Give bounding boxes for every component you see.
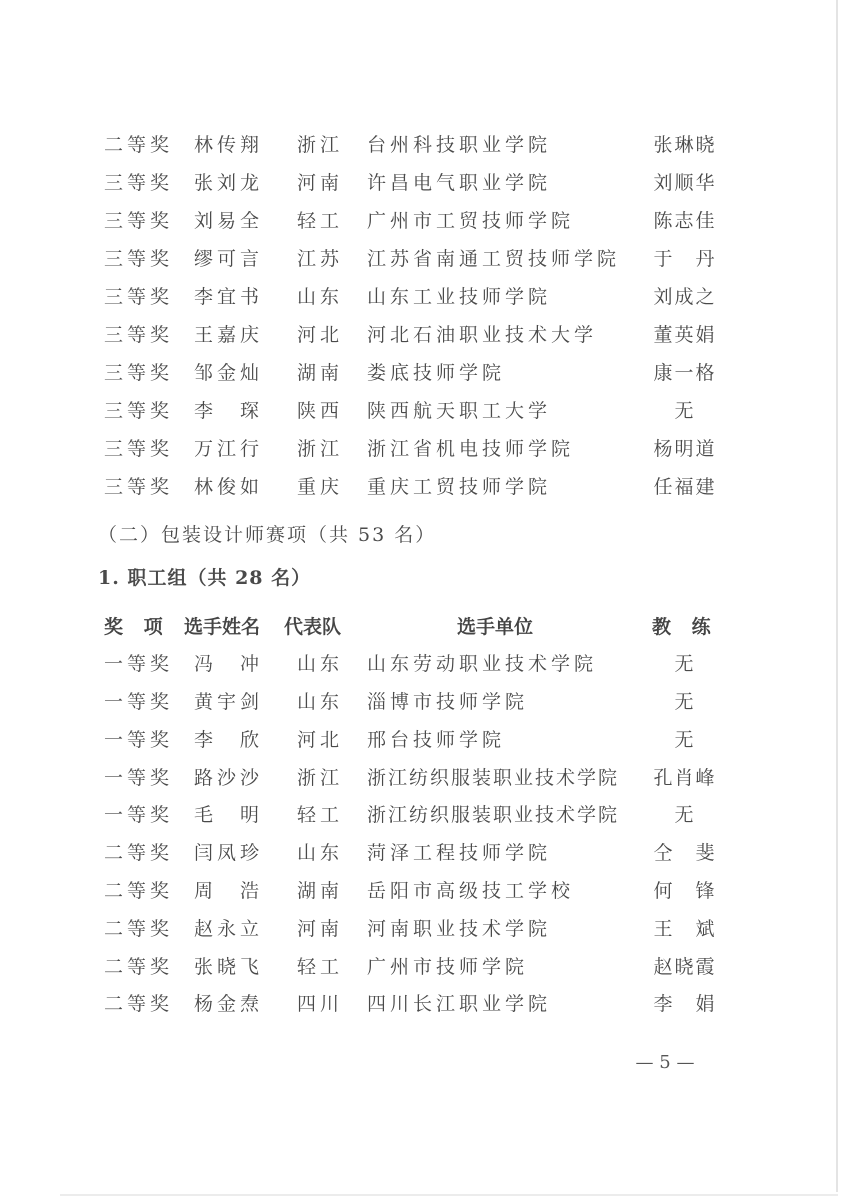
page-number: — 5 —: [620, 1048, 710, 1078]
coach-cell: 赵晓霞: [652, 952, 718, 982]
award-cell: 三等奖: [104, 282, 173, 312]
award-cell: 三等奖: [104, 472, 173, 502]
unit-cell: 广州市工贸技师学院: [367, 206, 574, 236]
team-cell: 四川: [297, 989, 343, 1019]
coach-cell: 李 娟: [652, 989, 718, 1019]
unit-cell: 广州市技师学院: [367, 952, 528, 982]
table-row: 三等奖 刘易全 轻工 广州市工贸技师学院 陈志佳: [0, 206, 848, 236]
unit-cell: 江苏省南通工贸技师学院: [367, 244, 620, 274]
coach-cell: 张琳晓: [652, 130, 718, 160]
award-cell: 一等奖: [104, 725, 173, 755]
name-cell: 赵永立: [194, 914, 264, 944]
coach-cell: 孔肖峰: [652, 763, 718, 793]
table-header-row: 奖 项 选手姓名 代表队 选手单位 教 练: [0, 612, 848, 642]
team-cell: 山东: [297, 838, 343, 868]
unit-cell: 娄底技师学院: [367, 358, 505, 388]
coach-cell: 无: [652, 649, 718, 679]
scan-page-edge-bottom: [60, 1194, 838, 1196]
coach-cell: 刘成之: [652, 282, 718, 312]
team-cell: 重庆: [297, 472, 343, 502]
table-row: 一等奖 李 欣 河北 邢台技师学院 无: [0, 725, 848, 755]
coach-cell: 王 斌: [652, 914, 718, 944]
name-cell: 林俊如: [194, 472, 264, 502]
name-cell: 毛 明: [194, 800, 264, 830]
table-row: 二等奖 张晓飞 轻工 广州市技师学院 赵晓霞: [0, 952, 848, 982]
award-cell: 三等奖: [104, 244, 173, 274]
coach-cell: 刘顺华: [652, 168, 718, 198]
table-row: 一等奖 黄宇剑 山东 淄博市技师学院 无: [0, 687, 848, 717]
coach-cell: 无: [652, 396, 718, 426]
team-cell: 河南: [297, 168, 343, 198]
name-cell: 李宜书: [194, 282, 264, 312]
section-title: （二）包装设计师赛项（共 53 名）: [98, 520, 436, 550]
name-cell: 冯 冲: [194, 649, 264, 679]
unit-cell: 浙江省机电技师学院: [367, 434, 574, 464]
team-cell: 轻工: [297, 800, 343, 830]
coach-cell: 杨明道: [652, 434, 718, 464]
team-cell: 河南: [297, 914, 343, 944]
award-cell: 二等奖: [104, 876, 173, 906]
team-cell: 陕西: [297, 396, 343, 426]
table-row: 三等奖 李宜书 山东 山东工业技师学院 刘成之: [0, 282, 848, 312]
table-row: 三等奖 李 琛 陕西 陕西航天职工大学 无: [0, 396, 848, 426]
team-cell: 河北: [297, 320, 343, 350]
name-cell: 闫凤珍: [194, 838, 264, 868]
unit-cell: 许昌电气职业学院: [367, 168, 551, 198]
name-cell: 李 琛: [194, 396, 264, 426]
name-cell: 万江行: [194, 434, 264, 464]
name-cell: 林传翔: [194, 130, 264, 160]
team-cell: 山东: [297, 649, 343, 679]
team-cell: 河北: [297, 725, 343, 755]
award-cell: 三等奖: [104, 206, 173, 236]
unit-cell: 重庆工贸技师学院: [367, 472, 551, 502]
team-cell: 山东: [297, 687, 343, 717]
team-cell: 浙江: [297, 434, 343, 464]
unit-cell: 陕西航天职工大学: [367, 396, 551, 426]
award-cell: 二等奖: [104, 989, 173, 1019]
table-row: 三等奖 邹金灿 湖南 娄底技师学院 康一格: [0, 358, 848, 388]
team-cell: 轻工: [297, 206, 343, 236]
table-row: 二等奖 杨金焘 四川 四川长江职业学院 李 娟: [0, 989, 848, 1019]
team-cell: 浙江: [297, 763, 343, 793]
unit-cell: 浙江纺织服装职业技术学院: [367, 763, 619, 793]
table-row: 一等奖 冯 冲 山东 山东劳动职业技术学院 无: [0, 649, 848, 679]
unit-cell: 四川长江职业学院: [367, 989, 551, 1019]
unit-cell: 邢台技师学院: [367, 725, 505, 755]
table-row: 三等奖 林俊如 重庆 重庆工贸技师学院 任福建: [0, 472, 848, 502]
unit-cell: 山东劳动职业技术学院: [367, 649, 597, 679]
coach-cell: 何 锋: [652, 876, 718, 906]
subsection-title: 1. 职工组（共 28 名）: [98, 563, 311, 593]
award-cell: 一等奖: [104, 687, 173, 717]
header-name: 选手姓名: [184, 612, 260, 642]
award-cell: 三等奖: [104, 358, 173, 388]
name-cell: 张刘龙: [194, 168, 264, 198]
unit-cell: 台州科技职业学院: [367, 130, 551, 160]
award-cell: 二等奖: [104, 952, 173, 982]
team-cell: 湖南: [297, 358, 343, 388]
unit-cell: 岳阳市高级技工学校: [367, 876, 574, 906]
name-cell: 黄宇剑: [194, 687, 264, 717]
header-award: 奖 项: [104, 612, 163, 642]
name-cell: 杨金焘: [194, 989, 264, 1019]
coach-cell: 无: [652, 800, 718, 830]
table-row: 二等奖 闫凤珍 山东 菏泽工程技师学院 仝 斐: [0, 838, 848, 868]
name-cell: 路沙沙: [194, 763, 264, 793]
table-row: 一等奖 路沙沙 浙江 浙江纺织服装职业技术学院 孔肖峰: [0, 763, 848, 793]
coach-cell: 董英娟: [652, 320, 718, 350]
header-coach: 教 练: [652, 612, 711, 642]
table-row: 二等奖 周 浩 湖南 岳阳市高级技工学校 何 锋: [0, 876, 848, 906]
award-cell: 一等奖: [104, 763, 173, 793]
award-cell: 一等奖: [104, 800, 173, 830]
coach-cell: 陈志佳: [652, 206, 718, 236]
coach-cell: 于 丹: [652, 244, 718, 274]
table-row: 三等奖 王嘉庆 河北 河北石油职业技术大学 董英娟: [0, 320, 848, 350]
name-cell: 邹金灿: [194, 358, 264, 388]
team-cell: 轻工: [297, 952, 343, 982]
team-cell: 浙江: [297, 130, 343, 160]
coach-cell: 康一格: [652, 358, 718, 388]
unit-cell: 菏泽工程技师学院: [367, 838, 551, 868]
award-cell: 三等奖: [104, 396, 173, 426]
coach-cell: 仝 斐: [652, 838, 718, 868]
table-row: 一等奖 毛 明 轻工 浙江纺织服装职业技术学院 无: [0, 800, 848, 830]
name-cell: 王嘉庆: [194, 320, 264, 350]
name-cell: 缪可言: [194, 244, 264, 274]
award-cell: 二等奖: [104, 838, 173, 868]
award-cell: 二等奖: [104, 914, 173, 944]
unit-cell: 河南职业技术学院: [367, 914, 551, 944]
unit-cell: 浙江纺织服装职业技术学院: [367, 800, 619, 830]
team-cell: 江苏: [297, 244, 343, 274]
team-cell: 湖南: [297, 876, 343, 906]
table-row: 三等奖 万江行 浙江 浙江省机电技师学院 杨明道: [0, 434, 848, 464]
name-cell: 刘易全: [194, 206, 264, 236]
table-row: 三等奖 张刘龙 河南 许昌电气职业学院 刘顺华: [0, 168, 848, 198]
header-unit: 选手单位: [457, 612, 533, 642]
unit-cell: 山东工业技师学院: [367, 282, 551, 312]
table-row: 三等奖 缪可言 江苏 江苏省南通工贸技师学院 于 丹: [0, 244, 848, 274]
name-cell: 李 欣: [194, 725, 264, 755]
award-cell: 二等奖: [104, 130, 173, 160]
name-cell: 张晓飞: [194, 952, 264, 982]
award-cell: 三等奖: [104, 168, 173, 198]
name-cell: 周 浩: [194, 876, 264, 906]
team-cell: 山东: [297, 282, 343, 312]
coach-cell: 无: [652, 687, 718, 717]
table-row: 二等奖 林传翔 浙江 台州科技职业学院 张琳晓: [0, 130, 848, 160]
unit-cell: 淄博市技师学院: [367, 687, 528, 717]
header-team: 代表队: [284, 612, 341, 642]
coach-cell: 任福建: [652, 472, 718, 502]
award-cell: 三等奖: [104, 434, 173, 464]
award-cell: 三等奖: [104, 320, 173, 350]
coach-cell: 无: [652, 725, 718, 755]
unit-cell: 河北石油职业技术大学: [367, 320, 597, 350]
table-row: 二等奖 赵永立 河南 河南职业技术学院 王 斌: [0, 914, 848, 944]
award-cell: 一等奖: [104, 649, 173, 679]
